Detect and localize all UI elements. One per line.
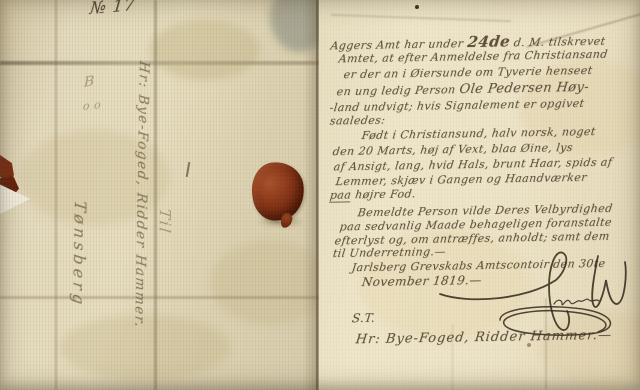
filing-number: № 17: [89, 0, 136, 19]
crease: [331, 14, 511, 22]
stain: [150, 20, 260, 80]
letter-line-text: højre Fod.: [351, 187, 417, 201]
pen-mark: o o: [83, 98, 102, 113]
address-til: Til: [156, 208, 174, 236]
address-city: Tønsberg: [69, 200, 90, 309]
letter-line: paa højre Fod.: [329, 187, 417, 201]
letter-line-text: en ung ledig Person: [336, 83, 460, 98]
address-recipient: Hr: Bye-Foged, Ridder Hammer.: [131, 60, 152, 329]
person-name: Ole Pedersen Høy-: [459, 80, 590, 97]
fold-crease-horizontal: [0, 296, 319, 299]
underlined-word: paa: [329, 188, 352, 202]
fold-crease-horizontal: [0, 61, 319, 65]
red-wax-seal: [248, 159, 308, 224]
pen-mark: B: [84, 73, 95, 91]
letter-photograph: № 17 B o o Til Hr: Bye-Foged, Ridder Ham…: [0, 0, 640, 390]
letter-line: til Underretning.—: [332, 245, 447, 260]
salutation: S.T.: [351, 311, 376, 325]
signature-stroke: [592, 256, 626, 307]
page-edge-line: [316, 0, 318, 390]
torn-paper-flap: [0, 178, 30, 214]
fold-crease-vertical: [154, 0, 157, 390]
date-emphasis: 24de: [466, 32, 511, 51]
fold-crease-vertical: [55, 0, 57, 390]
ink-dot: [415, 5, 419, 9]
stain: [210, 240, 330, 325]
pen-dash-mark: [186, 162, 191, 177]
left-page: № 17 B o o Til Hr: Bye-Foged, Ridder Ham…: [0, 0, 319, 390]
signature-stroke: [440, 252, 569, 330]
page-edge-shading: [303, 0, 319, 390]
wax-fragment: [0, 155, 14, 182]
letter-line: saaledes:: [329, 114, 386, 128]
